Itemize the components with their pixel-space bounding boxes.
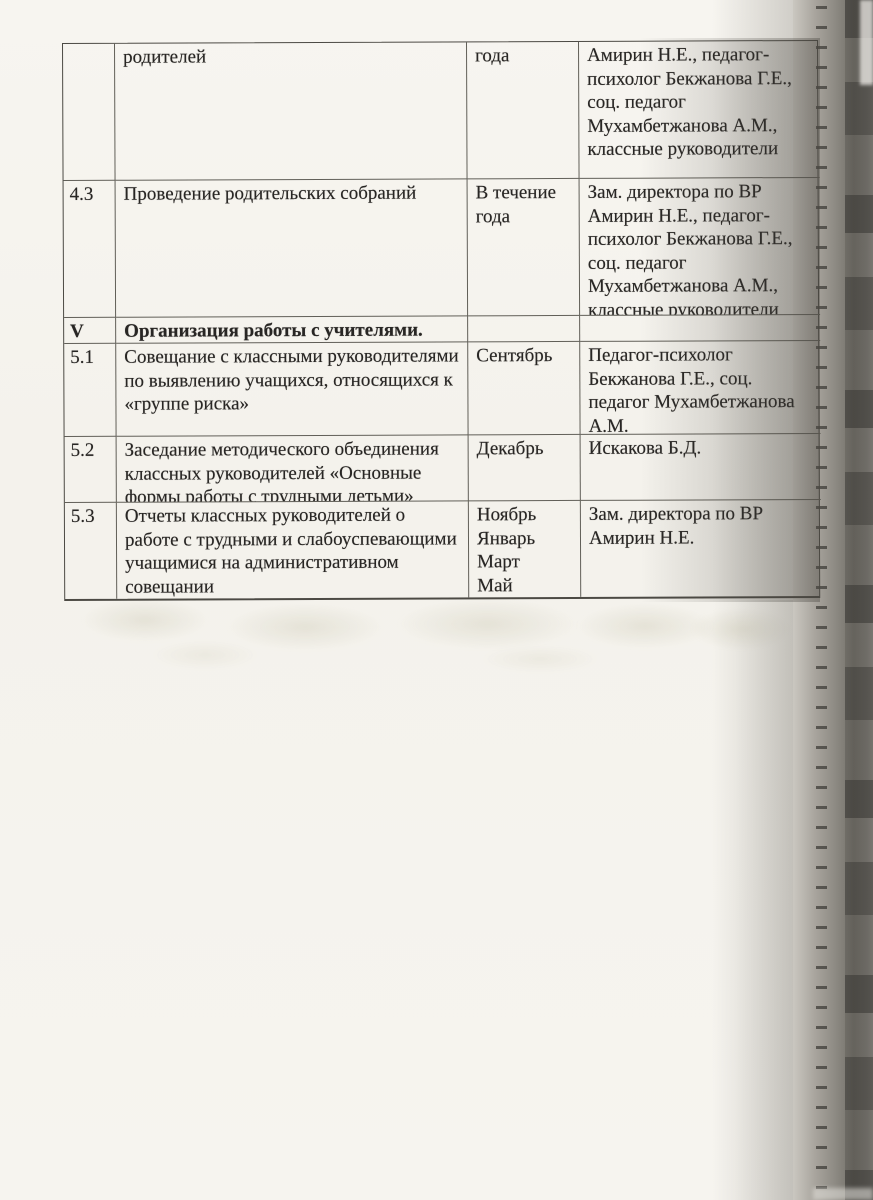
activity-cell: Совещание с классными руководителями по … [116, 342, 468, 436]
time-cell: года [467, 42, 580, 179]
bleed-through-artifact [150, 640, 260, 670]
time-cell: Сентябрь [468, 342, 580, 435]
time-cell: Декабрь [469, 435, 581, 501]
responsible-cell: Амирин Н.Е., педагог-психолог Бекжанова … [579, 41, 820, 179]
responsible-cell: Зам. директора по ВР Амирин Н.Е. [581, 500, 821, 597]
table-row: 5.1 Совещание с классными руководителями… [64, 341, 818, 437]
table-row: 5.2 Заседание методического объединения … [65, 434, 819, 503]
responsible-cell: Педагог-психолог Бекжанова Г.Е., соц. пе… [580, 341, 820, 435]
bleed-through-artifact [395, 598, 580, 650]
bleed-through-artifact [575, 603, 715, 649]
row-number-cell: 5.1 [64, 344, 116, 437]
bleed-through-artifact [480, 645, 600, 673]
bleed-through-artifact [225, 603, 385, 651]
scan-edge-dark-strip [845, 0, 873, 1200]
document-scan: родителей года Амирин Н.Е., педагог-псих… [0, 0, 873, 1200]
activity-cell: родителей [115, 42, 468, 180]
table-section-row: V Организация работы с учителями. [64, 315, 818, 344]
scan-corner-highlight-bottom [813, 1188, 873, 1200]
responsible-cell [580, 315, 820, 342]
time-cell [468, 316, 580, 342]
bleed-through-artifact [80, 598, 210, 642]
table-row: 5.3 Отчеты классных руководителей о рабо… [65, 500, 819, 599]
scan-corner-highlight-top [860, 0, 873, 85]
table-container: родителей года Амирин Н.Е., педагог-псих… [62, 40, 820, 601]
time-cell: В течение года [468, 179, 581, 316]
responsible-cell: Зам. директора по ВР Амирин Н.Е., педаго… [580, 178, 821, 316]
table-row: 4.3 Проведение родительских собраний В т… [64, 178, 819, 318]
activity-cell: Проведение родительских собраний [116, 179, 469, 317]
activity-cell: Отчеты классных руководителей о работе с… [117, 501, 469, 598]
row-number-cell: 4.3 [64, 181, 117, 318]
activity-cell: Заседание методического объединения клас… [117, 435, 469, 502]
time-cell: Ноябрь Январь Март Май [469, 501, 581, 597]
section-title-cell: Организация работы с учителями. [116, 316, 468, 343]
row-number-cell: V [64, 318, 116, 344]
row-number-cell [63, 44, 116, 181]
responsible-cell: Искакова Б.Д. [581, 434, 821, 501]
row-number-cell: 5.2 [65, 437, 117, 503]
schedule-table: родителей года Амирин Н.Е., педагог-псих… [62, 40, 820, 601]
row-number-cell: 5.3 [65, 503, 117, 599]
table-row: родителей года Амирин Н.Е., педагог-псих… [63, 41, 818, 181]
